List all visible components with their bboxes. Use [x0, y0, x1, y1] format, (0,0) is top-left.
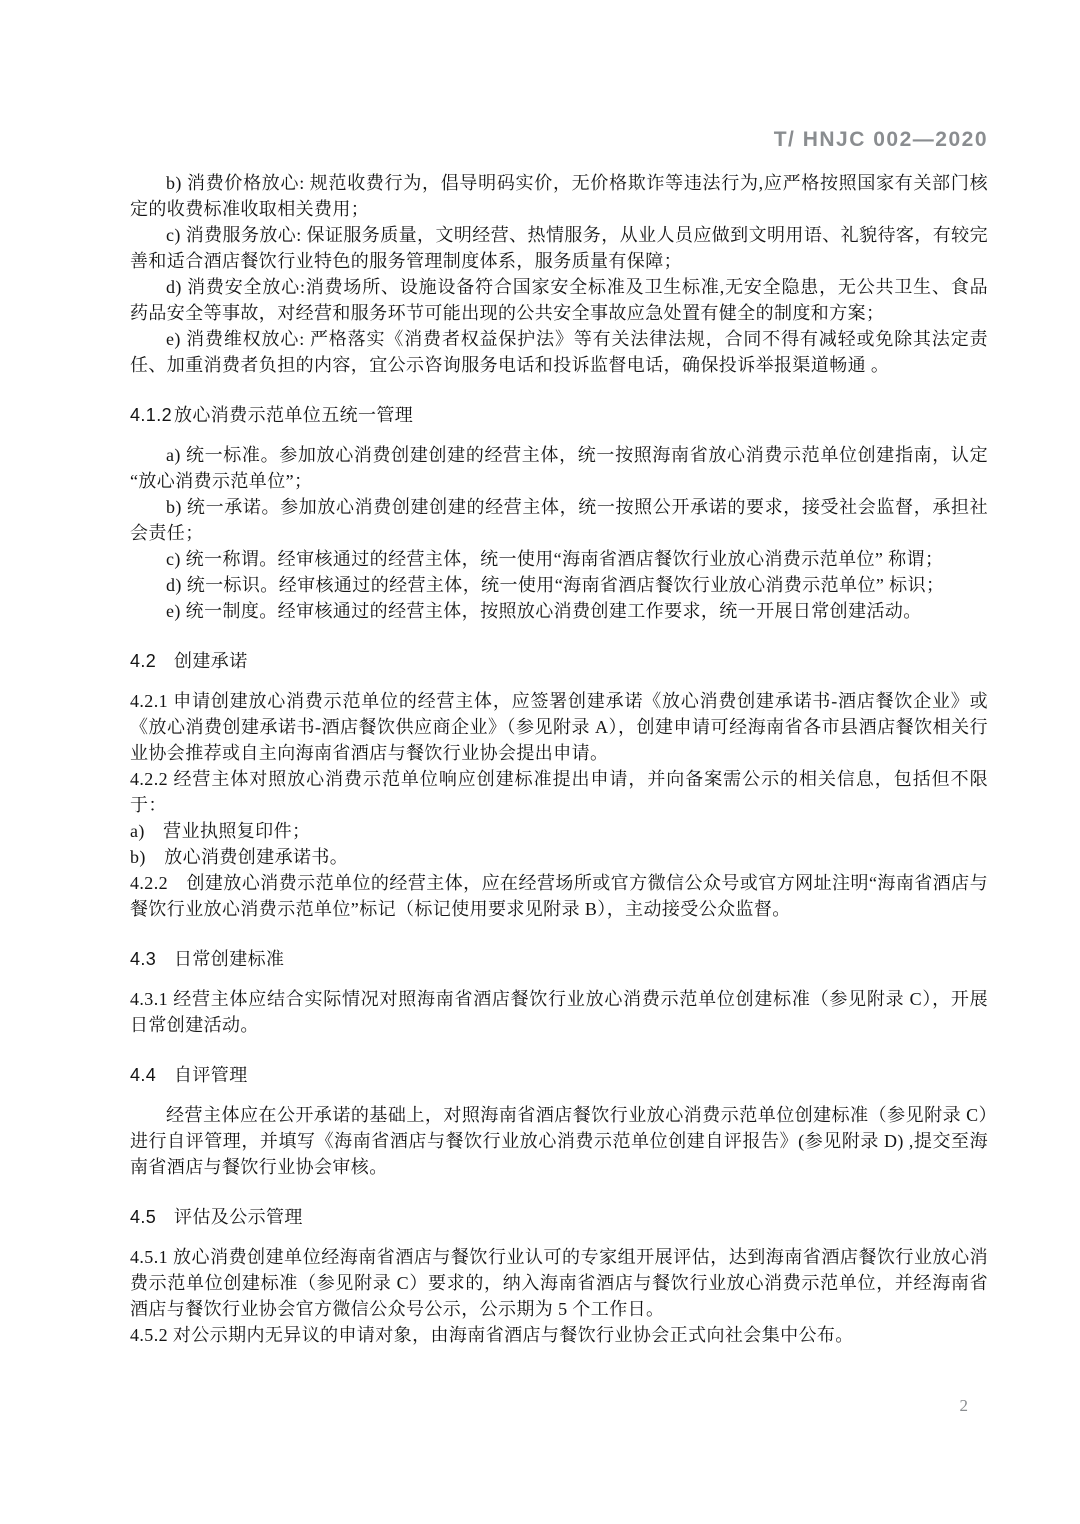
- list-item-b-commitment: b) 放心消费创建承诺书。: [130, 844, 988, 870]
- section-heading-4-3: 4.3日常创建标准: [130, 946, 988, 972]
- document-body: b) 消费价格放心: 规范收费行为，倡导明码实价，无价格欺诈等违法行为,应严格按…: [130, 170, 988, 1348]
- clause-title: 评估及公示管理: [174, 1207, 303, 1227]
- paragraph-c-service: c) 消费服务放心: 保证服务质量，文明经营、热情服务，从业人员应做到文明用语、…: [130, 222, 988, 274]
- paragraph-4-2-1: 4.2.1 申请创建放心消费示范单位的经营主体，应签署创建承诺《放心消费创建承诺…: [130, 688, 988, 766]
- section-heading-4-5: 4.5评估及公示管理: [130, 1204, 988, 1230]
- clause-title: 日常创建标准: [174, 949, 284, 969]
- list-item-b-promise: b) 统一承诺。参加放心消费创建创建的经营主体，统一按照公开承诺的要求，接受社会…: [130, 494, 988, 546]
- clause-number: 4.5: [130, 1204, 174, 1230]
- paragraph-b-price: b) 消费价格放心: 规范收费行为，倡导明码实价，无价格欺诈等违法行为,应严格按…: [130, 170, 988, 222]
- clause-number: 4.4: [130, 1062, 174, 1088]
- paragraph-4-4-body: 经营主体应在公开承诺的基础上，对照海南省酒店餐饮行业放心消费示范单位创建标准（参…: [130, 1102, 988, 1180]
- clause-title: 自评管理: [174, 1065, 248, 1085]
- paragraph-e-rights: e) 消费维权放心: 严格落实《消费者权益保护法》等有关法律法规，合同不得有减轻…: [130, 326, 988, 378]
- list-item-d-logo: d) 统一标识。经审核通过的经营主体，统一使用“海南省酒店餐饮行业放心消费示范单…: [130, 572, 988, 598]
- page-number: 2: [960, 1396, 969, 1416]
- paragraph-4-2-2-mark: 4.2.2 创建放心消费示范单位的经营主体，应在经营场所或官方微信公众号或官方网…: [130, 870, 988, 922]
- section-heading-4-1-2: 4.1.2放心消费示范单位五统一管理: [130, 402, 988, 428]
- paragraph-4-5-2: 4.5.2 对公示期内无异议的申请对象，由海南省酒店与餐饮行业协会正式向社会集中…: [130, 1322, 988, 1348]
- clause-title: 创建承诺: [174, 651, 248, 671]
- doc-code: T/ HNJC 002—2020: [130, 128, 988, 152]
- list-item-a-license: a) 营业执照复印件；: [130, 818, 988, 844]
- section-heading-4-4: 4.4自评管理: [130, 1062, 988, 1088]
- clause-number: 4.1.2: [130, 402, 174, 428]
- paragraph-4-3-1: 4.3.1 经营主体应结合实际情况对照海南省酒店餐饮行业放心消费示范单位创建标准…: [130, 986, 988, 1038]
- list-item-a-standard: a) 统一标准。参加放心消费创建创建的经营主体，统一按照海南省放心消费示范单位创…: [130, 442, 988, 494]
- clause-title: 放心消费示范单位五统一管理: [174, 405, 413, 425]
- paragraph-d-safety: d) 消费安全放心:消费场所、设施设备符合国家安全标准及卫生标准,无安全隐患，无…: [130, 274, 988, 326]
- list-item-c-appellation: c) 统一称谓。经审核通过的经营主体，统一使用“海南省酒店餐饮行业放心消费示范单…: [130, 546, 988, 572]
- clause-number: 4.2: [130, 648, 174, 674]
- clause-number: 4.3: [130, 946, 174, 972]
- paragraph-4-2-2: 4.2.2 经营主体对照放心消费示范单位响应创建标准提出申请，并向备案需公示的相…: [130, 766, 988, 818]
- list-item-e-system: e) 统一制度。经审核通过的经营主体，按照放心消费创建工作要求，统一开展日常创建…: [130, 598, 988, 624]
- document-page: T/ HNJC 002—2020 b) 消费价格放心: 规范收费行为，倡导明码实…: [0, 0, 1080, 1524]
- paragraph-4-5-1: 4.5.1 放心消费创建单位经海南省酒店与餐饮行业认可的专家组开展评估，达到海南…: [130, 1244, 988, 1322]
- section-heading-4-2: 4.2创建承诺: [130, 648, 988, 674]
